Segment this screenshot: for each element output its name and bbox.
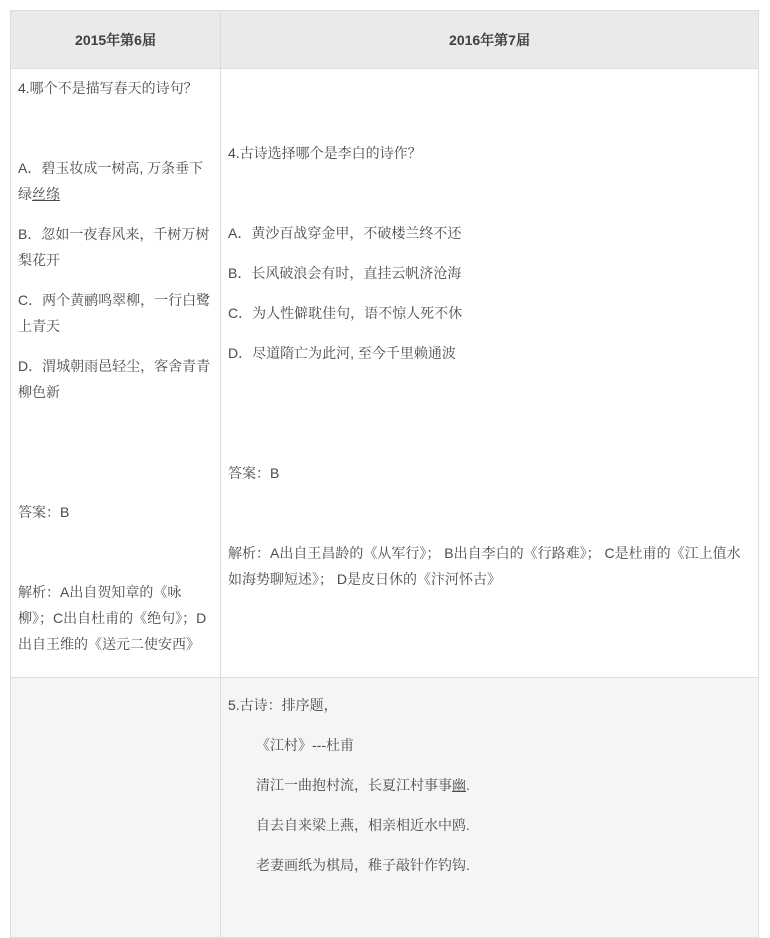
option-d-left: D．渭城朝雨邑轻尘，客舍青青柳色新 <box>18 353 213 405</box>
cell-2016-question-5: 5.古诗：排序题， 《江村》---杜甫 清江一曲抱村流，长夏江村事事幽. 自去自… <box>221 678 759 884</box>
option-c-right: C．为人性僻耽佳句，语不惊人死不休 <box>228 300 751 326</box>
poem-line-1-underlined-text: 幽 <box>452 777 466 793</box>
question-5-row: 5.古诗：排序题， 《江村》---杜甫 清江一曲抱村流，长夏江村事事幽. 自去自… <box>11 678 759 884</box>
option-a-left: A．碧玉妆成一树高, 万条垂下绿丝绦 <box>18 155 213 207</box>
question-4-right-text: 4.古诗选择哪个是李白的诗作？ <box>228 140 751 166</box>
spacer <box>18 115 213 155</box>
option-c-left: C．两个黄鹂鸣翠柳，一行白鹭上青天 <box>18 287 213 339</box>
poem-line-2: 自去自来梁上燕，相亲相近水中鸥. <box>228 812 751 838</box>
answer-left: 答案：B <box>18 499 213 525</box>
header-cell-2016: 2016年第7届 <box>221 11 759 69</box>
table-header-row: 2015年第6届 2016年第7届 <box>11 11 759 69</box>
spacer <box>18 419 213 499</box>
poem-line-1-text: 清江一曲抱村流，长夏江村事事 <box>256 777 452 793</box>
cell-2015-question-4: 4.哪个不是描写春天的诗句？ A．碧玉妆成一树高, 万条垂下绿丝绦 B．忽如一夜… <box>11 69 221 678</box>
poem-line-3: 老妻画纸为棋局，稚子敲针作钓钩. <box>228 852 751 878</box>
poem-line-1: 清江一曲抱村流，长夏江村事事幽. <box>228 772 751 798</box>
header-cell-2015: 2015年第6届 <box>11 11 221 69</box>
spacer <box>228 180 751 220</box>
option-b-left: B．忽如一夜春风来，千树万树梨花开 <box>18 221 213 273</box>
cell-2015-empty <box>11 678 221 884</box>
poem-title: 《江村》---杜甫 <box>228 732 751 758</box>
analysis-left: 解析：A出自贺知章的《咏柳》；C出自杜甫的《绝句》；D出自王维的《送元二使安西》 <box>18 579 213 657</box>
cell-2016-question-4: 4.古诗选择哪个是李白的诗作？ A．黄沙百战穿金甲，不破楼兰终不还 B．长风破浪… <box>221 69 759 678</box>
spacer <box>228 500 751 540</box>
answer-right: 答案：B <box>228 460 751 486</box>
option-a-right: A．黄沙百战穿金甲，不破楼兰终不还 <box>228 220 751 246</box>
question-5-intro: 5.古诗：排序题， <box>228 692 751 718</box>
quiz-comparison-table: 2015年第6届 2016年第7届 4.哪个不是描写春天的诗句？ A．碧玉妆成一… <box>10 10 759 883</box>
poem-line-1-period: . <box>466 777 470 793</box>
question-4-left-text: 4.哪个不是描写春天的诗句？ <box>18 75 213 101</box>
spacer <box>228 380 751 460</box>
analysis-right: 解析：A出自王昌龄的《从军行》； B出自李白的《行路难》； C是杜甫的《江上值水… <box>228 540 751 592</box>
option-b-right: B．长风破浪会有时，直挂云帆济沧海 <box>228 260 751 286</box>
spacer <box>18 539 213 579</box>
option-d-right: D．尽道隋亡为此河, 至今千里赖通波 <box>228 340 751 366</box>
option-a-left-underlined-text: 丝绦 <box>32 186 60 202</box>
question-4-row: 4.哪个不是描写春天的诗句？ A．碧玉妆成一树高, 万条垂下绿丝绦 B．忽如一夜… <box>11 69 759 678</box>
